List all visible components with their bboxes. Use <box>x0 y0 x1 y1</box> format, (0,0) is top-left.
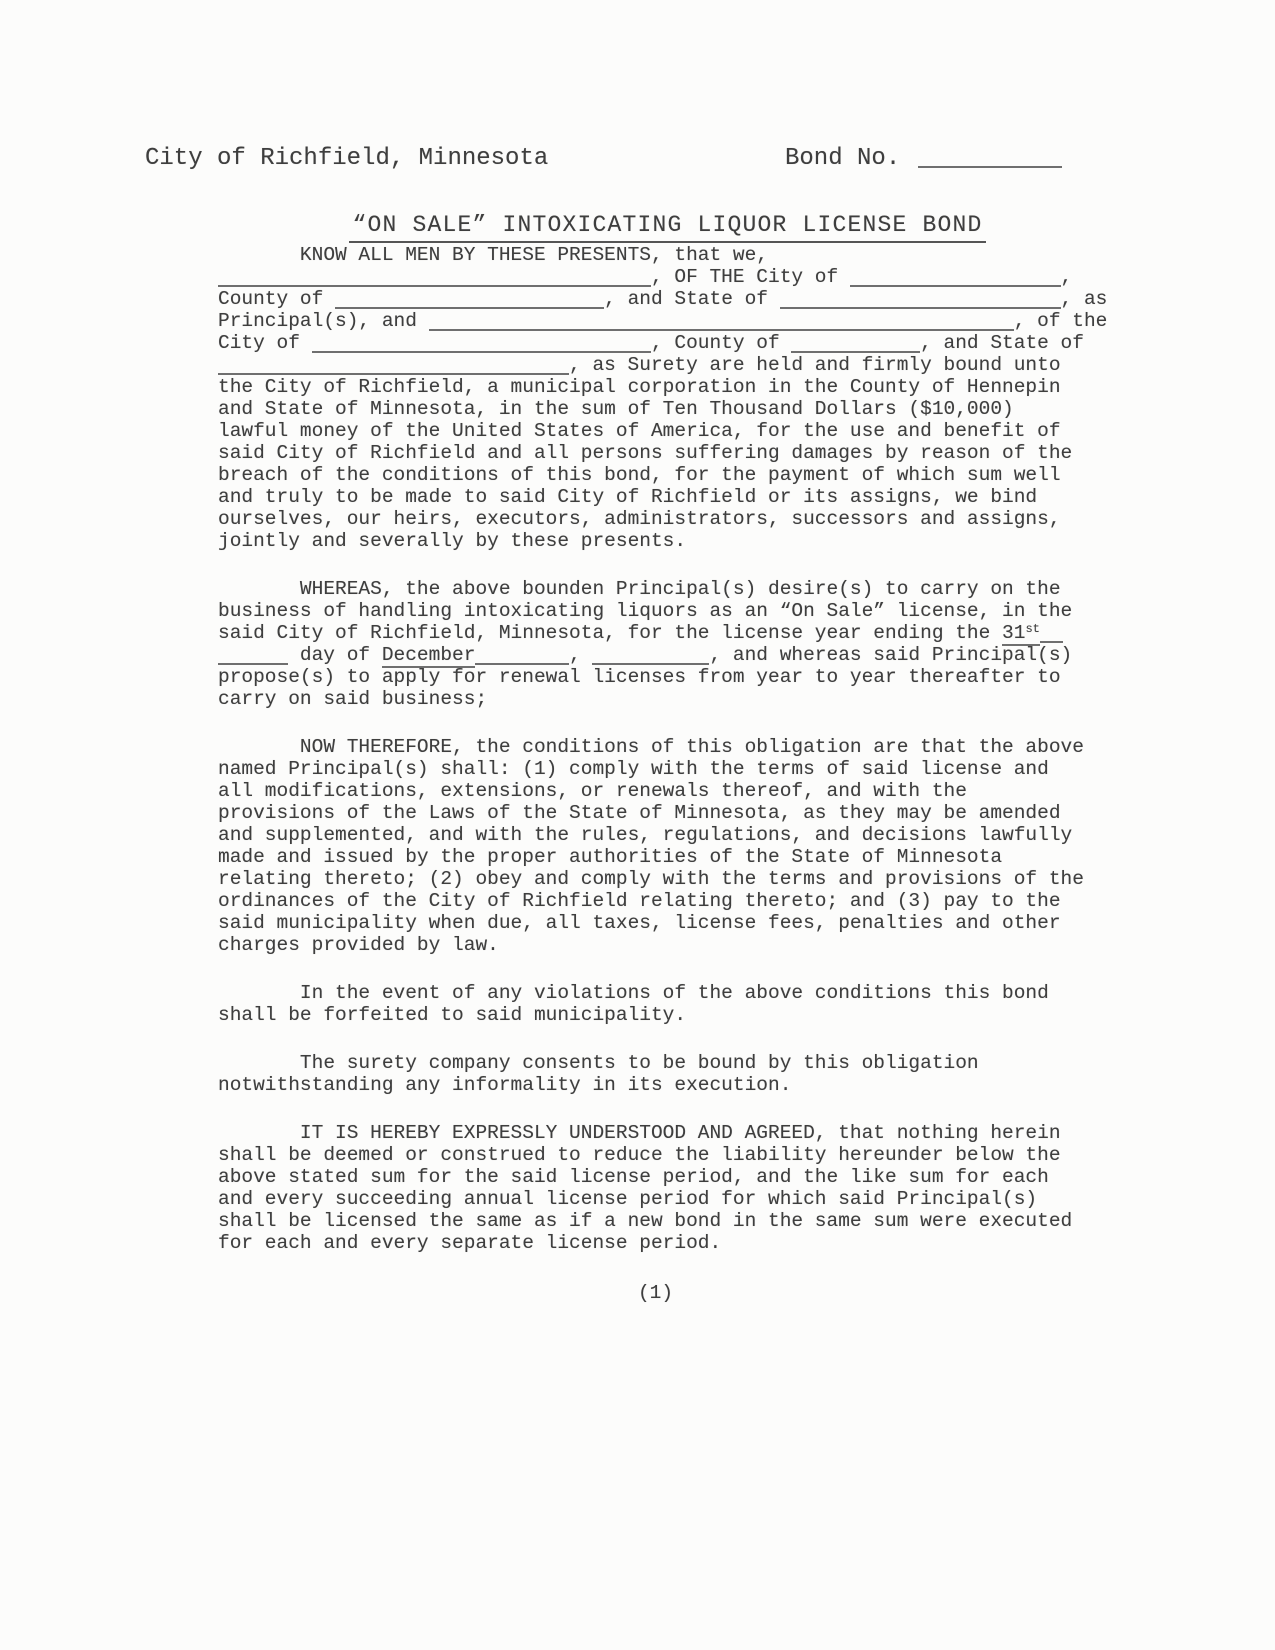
text-line: all modifications, extensions, or renewa… <box>218 780 1118 802</box>
text-line: In the event of any violations of the ab… <box>218 982 1118 1004</box>
text-line: jointly and severally by these presents. <box>218 530 1118 552</box>
blank-field <box>218 370 569 375</box>
blank-field <box>312 348 651 353</box>
bond-number-row: Bond No. <box>785 145 1062 172</box>
text-line: made and issued by the proper authoritie… <box>218 846 1118 868</box>
blank-field <box>592 660 709 665</box>
text-line: notwithstanding any informality in its e… <box>218 1074 1118 1096</box>
bond-number-label: Bond No. <box>785 145 900 172</box>
blank-field <box>335 304 604 309</box>
text-line: WHEREAS, the above bounden Principal(s) … <box>218 578 1118 600</box>
scanned-document-page: City of Richfield, Minnesota Bond No. “O… <box>0 0 1275 1650</box>
paragraph-5: The surety company consents to be bound … <box>218 1052 1118 1096</box>
text-line: named Principal(s) shall: (1) comply wit… <box>218 758 1118 780</box>
paragraph-1: KNOW ALL MEN BY THESE PRESENTS, that we,… <box>218 244 1118 552</box>
blank-field <box>429 326 1014 331</box>
text-line: and truly to be made to said City of Ric… <box>218 486 1118 508</box>
text-line: , as Surety are held and firmly bound un… <box>218 354 1118 376</box>
text-line: and every succeeding annual license peri… <box>218 1188 1118 1210</box>
paragraph-2: WHEREAS, the above bounden Principal(s) … <box>218 578 1118 710</box>
text-line: business of handling intoxicating liquor… <box>218 600 1118 622</box>
filled-field: 31st <box>1002 622 1040 646</box>
blank-field <box>475 660 569 665</box>
paragraph-6: IT IS HEREBY EXPRESSLY UNDERSTOOD AND AG… <box>218 1122 1118 1254</box>
text-line: breach of the conditions of this bond, f… <box>218 464 1118 486</box>
text-line: propose(s) to apply for renewal licenses… <box>218 666 1118 688</box>
text-line: County of , and State of , as <box>218 288 1118 310</box>
blank-field <box>218 660 288 665</box>
text-line: provisions of the Laws of the State of M… <box>218 802 1118 824</box>
text-line: and State of Minnesota, in the sum of Te… <box>218 398 1118 420</box>
paragraph-3: NOW THEREFORE, the conditions of this ob… <box>218 736 1118 956</box>
text-line: said municipality when due, all taxes, l… <box>218 912 1118 934</box>
text-line: lawful money of the United States of Ame… <box>218 420 1118 442</box>
text-line: day of December, , and whereas said Prin… <box>218 644 1118 666</box>
blank-field <box>1040 638 1063 643</box>
document-body: KNOW ALL MEN BY THESE PRESENTS, that we,… <box>218 244 1118 1254</box>
text-line: IT IS HEREBY EXPRESSLY UNDERSTOOD AND AG… <box>218 1122 1118 1144</box>
text-line: , OF THE City of , <box>218 266 1118 288</box>
paragraph-4: In the event of any violations of the ab… <box>218 982 1118 1026</box>
blank-field <box>791 348 920 353</box>
page-number: (1) <box>18 1282 1275 1304</box>
text-line: for each and every separate license peri… <box>218 1232 1118 1254</box>
text-line: above stated sum for the said license pe… <box>218 1166 1118 1188</box>
text-line: relating thereto; (2) obey and comply wi… <box>218 868 1118 890</box>
document-header-city: City of Richfield, Minnesota <box>145 145 548 172</box>
text-line: the City of Richfield, a municipal corpo… <box>218 376 1118 398</box>
text-line: shall be licensed the same as if a new b… <box>218 1210 1118 1232</box>
text-line: City of , County of , and State of <box>218 332 1118 354</box>
bond-number-blank <box>918 163 1062 168</box>
text-line: ourselves, our heirs, executors, adminis… <box>218 508 1118 530</box>
blank-field <box>218 282 651 287</box>
text-line: and supplemented, and with the rules, re… <box>218 824 1118 846</box>
text-line: said City of Richfield and all persons s… <box>218 442 1118 464</box>
blank-field <box>850 282 1061 287</box>
text-line: carry on said business; <box>218 688 1118 710</box>
superscript-text: st <box>1025 622 1040 636</box>
text-line: charges provided by law. <box>218 934 1118 956</box>
text-line: said City of Richfield, Minnesota, for t… <box>218 622 1118 644</box>
blank-field <box>780 304 1061 309</box>
document-title-text: “ON SALE” INTOXICATING LIQUOR LICENSE BO… <box>349 212 985 243</box>
text-line: shall be forfeited to said municipality. <box>218 1004 1118 1026</box>
filled-field: December <box>382 644 476 668</box>
text-line: The surety company consents to be bound … <box>218 1052 1118 1074</box>
text-line: shall be deemed or construed to reduce t… <box>218 1144 1118 1166</box>
text-line: Principal(s), and , of the <box>218 310 1118 332</box>
text-line: ordinances of the City of Richfield rela… <box>218 890 1118 912</box>
text-line: KNOW ALL MEN BY THESE PRESENTS, that we, <box>218 244 1118 266</box>
text-line: NOW THEREFORE, the conditions of this ob… <box>218 736 1118 758</box>
